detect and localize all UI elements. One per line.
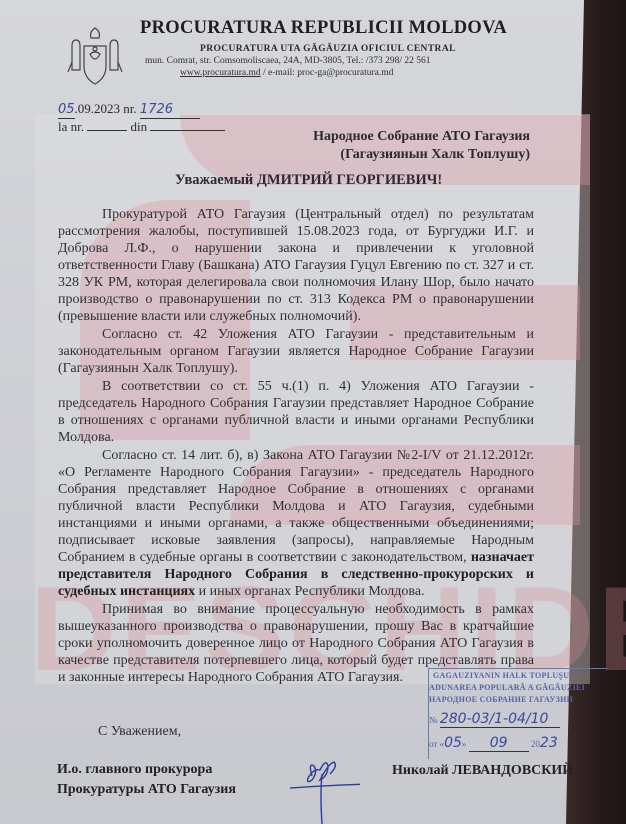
registration-stamp: GAGAUZIYANIN HALK TOPLUŞU ADUNAREA POPUL… bbox=[428, 668, 607, 759]
date-printed: .09.2023 nr. bbox=[75, 101, 140, 116]
paragraph-4: Согласно ст. 14 лит. б), в) Закона АТО Г… bbox=[58, 447, 534, 600]
blank-field bbox=[87, 130, 127, 131]
blank-field bbox=[150, 130, 225, 131]
letterhead-address: mun. Comrat, str. Comsomoliscaea, 24A, M… bbox=[145, 56, 430, 66]
stamp-year-prefix: 20 bbox=[531, 739, 540, 749]
handwritten-number: 1726 bbox=[140, 102, 200, 119]
paragraph-1: Прокуратурой АТО Гагаузия (Центральный о… bbox=[58, 206, 534, 325]
addressee-line1: Народное Собрание АТО Гагаузия bbox=[300, 128, 530, 146]
handwritten-day: 05 bbox=[58, 102, 75, 119]
stamp-date-label: от « bbox=[429, 739, 444, 749]
stamp-line-gagauz: GAGAUZIYANIN HALK TOPLUŞU bbox=[433, 671, 569, 680]
stamp-date-day: 05 bbox=[444, 735, 462, 751]
greeting: Уважаемый ДМИТРИЙ ГЕОРГИЕВИЧ! bbox=[175, 172, 442, 189]
email-text: / e-mail: proc-ga@procuratura.md bbox=[261, 68, 394, 78]
stamp-date-year: 23 bbox=[540, 735, 558, 751]
closing: С Уважением, bbox=[98, 724, 181, 740]
stamp-number-value: 280-03/1-04/10 bbox=[440, 711, 560, 728]
website-link[interactable]: www.procuratura.md bbox=[180, 68, 261, 78]
stamp-date-month: 09 bbox=[469, 735, 529, 752]
la-nr-label: la nr. bbox=[58, 119, 87, 134]
letterhead-contacts: www.procuratura.md / e-mail: proc-ga@pro… bbox=[180, 68, 393, 78]
letter-body: Прокуратурой АТО Гагаузия (Центральный о… bbox=[58, 206, 534, 687]
paragraph-2: Согласно ст. 42 Уложения АТО Гагаузии - … bbox=[58, 326, 534, 377]
signatory-position: И.о. главного прокурора Прокуратуры АТО … bbox=[57, 760, 236, 800]
stamp-date-quote: » bbox=[462, 739, 467, 749]
position-line1: И.о. главного прокурора bbox=[57, 760, 236, 780]
outgoing-number-line: 05.09.2023 nr. 1726 bbox=[58, 101, 225, 119]
paragraph-4-tail: и иных органах Республики Молдова. bbox=[195, 584, 424, 599]
stamp-date: от «05» 09 2023 bbox=[429, 735, 558, 752]
paragraph-4-text: Согласно ст. 14 лит. б), в) Закона АТО Г… bbox=[58, 448, 534, 565]
signatory-name: Николай ЛЕВАНДОВСКИЙ bbox=[392, 763, 573, 779]
letter-page: DESCHIDE.MD PROCURATURA REPUBLICII MOLDO… bbox=[0, 0, 600, 824]
outgoing-reference: 05.09.2023 nr. 1726 la nr. din bbox=[58, 101, 225, 135]
letterhead-title: PROCURATURA REPUBLICII MOLDOVA bbox=[140, 18, 507, 39]
din-label: din bbox=[127, 119, 150, 134]
position-line2: Прокуратуры АТО Гагаузия bbox=[57, 780, 236, 800]
stamp-number-label: № bbox=[429, 715, 438, 725]
stamp-number: № 280-03/1-04/10 bbox=[429, 711, 560, 728]
stamp-line-romanian: ADUNAREA POPULARĂ A GĂGĂUZIEI bbox=[429, 683, 585, 692]
letterhead-subtitle: PROCURATURA UTA GĂGĂUZIA OFICIUL CENTRAL bbox=[200, 44, 456, 54]
addressee-block: Народное Собрание АТО Гагаузия (Гагаузия… bbox=[300, 128, 530, 164]
incoming-reference-line: la nr. din bbox=[58, 119, 225, 135]
handwritten-signature-icon bbox=[290, 748, 360, 824]
addressee-line2: (Гагаузиянын Халк Топлушу) bbox=[300, 146, 530, 164]
letterhead: PROCURATURA REPUBLICII MOLDOVA PROCURATU… bbox=[60, 14, 560, 84]
paragraph-3: В соответствии со ст. 55 ч.(1) п. 4) Уло… bbox=[58, 378, 534, 446]
stamp-line-russian: НАРОДНОЕ СОБРАНИЕ ГАГАУЗИИ bbox=[429, 695, 573, 704]
moldova-coat-of-arms-icon bbox=[66, 18, 124, 88]
